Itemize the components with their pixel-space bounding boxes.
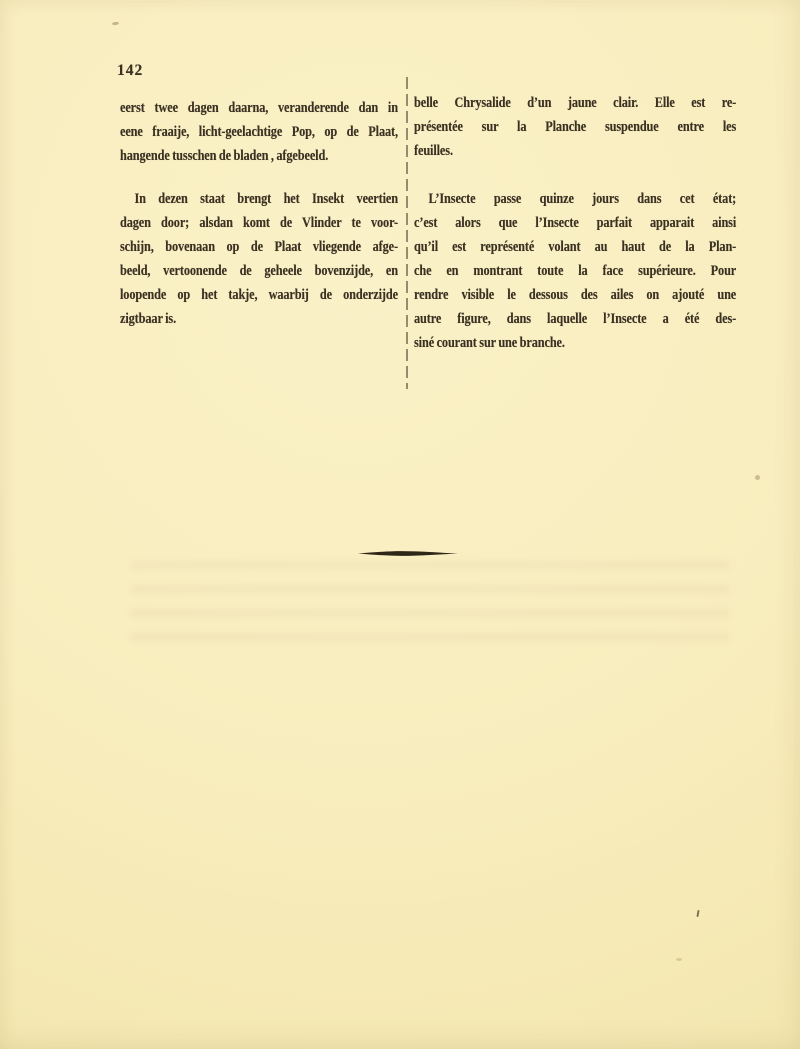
section-divider-rule (358, 544, 458, 551)
text-line: L’Insecte passe quinze jours dans cet ét… (414, 187, 736, 211)
text-line: zigtbaar is. (120, 307, 398, 331)
text-line: présentée sur la Planche suspendue entre… (414, 115, 736, 139)
text-line: siné courant sur une branche. (414, 331, 736, 355)
page-number: 142 (117, 62, 143, 80)
text-line: loopende op het takje, waarbij de onderz… (120, 283, 398, 307)
text-line: qu’il est représenté volant au haut de l… (414, 235, 736, 259)
french-paragraph-2: L’Insecte passe quinze jours dans cet ét… (414, 187, 736, 355)
text-line: eerst twee dagen daarna, veranderende da… (120, 96, 398, 120)
text-line: che en montrant toute la face supérieure… (414, 259, 736, 283)
text-line: schijn, bovenaan op de Plaat vliegende a… (120, 235, 398, 259)
text-line: In dezen staat brengt het Insekt veertie… (120, 187, 398, 211)
page-showthrough-texture (130, 560, 730, 650)
ink-speck (696, 910, 699, 917)
dutch-paragraph-1: eerst twee dagen daarna, veranderende da… (120, 96, 398, 168)
dutch-paragraph-2: In dezen staat brengt het Insekt veertie… (120, 187, 398, 331)
ink-speck (755, 475, 760, 480)
text-line: hangende tusschen de bladen , afgebeeld. (120, 144, 398, 168)
text-line: c’est alors que l’Insecte parfait appara… (414, 211, 736, 235)
ink-speck (676, 958, 682, 961)
text-line: beeld, vertoonende de geheele bovenzijde… (120, 259, 398, 283)
text-line: dagen door; alsdan komt de Vlinder te vo… (120, 211, 398, 235)
text-line: autre figure, dans laquelle l’Insecte a … (414, 307, 736, 331)
text-line: eene fraaije, licht-geelachtige Pop, op … (120, 120, 398, 144)
book-page: 142 eerst twee dagen daarna, veranderend… (0, 0, 800, 1049)
ink-speck (112, 22, 119, 26)
text-line: rendre visible le dessous des ailes on a… (414, 283, 736, 307)
text-line: feuilles. (414, 139, 736, 163)
french-paragraph-1: belle Chrysalide d’un jaune clair. Elle … (414, 91, 736, 163)
text-line: belle Chrysalide d’un jaune clair. Elle … (414, 91, 736, 115)
column-separator-rule (406, 77, 408, 389)
